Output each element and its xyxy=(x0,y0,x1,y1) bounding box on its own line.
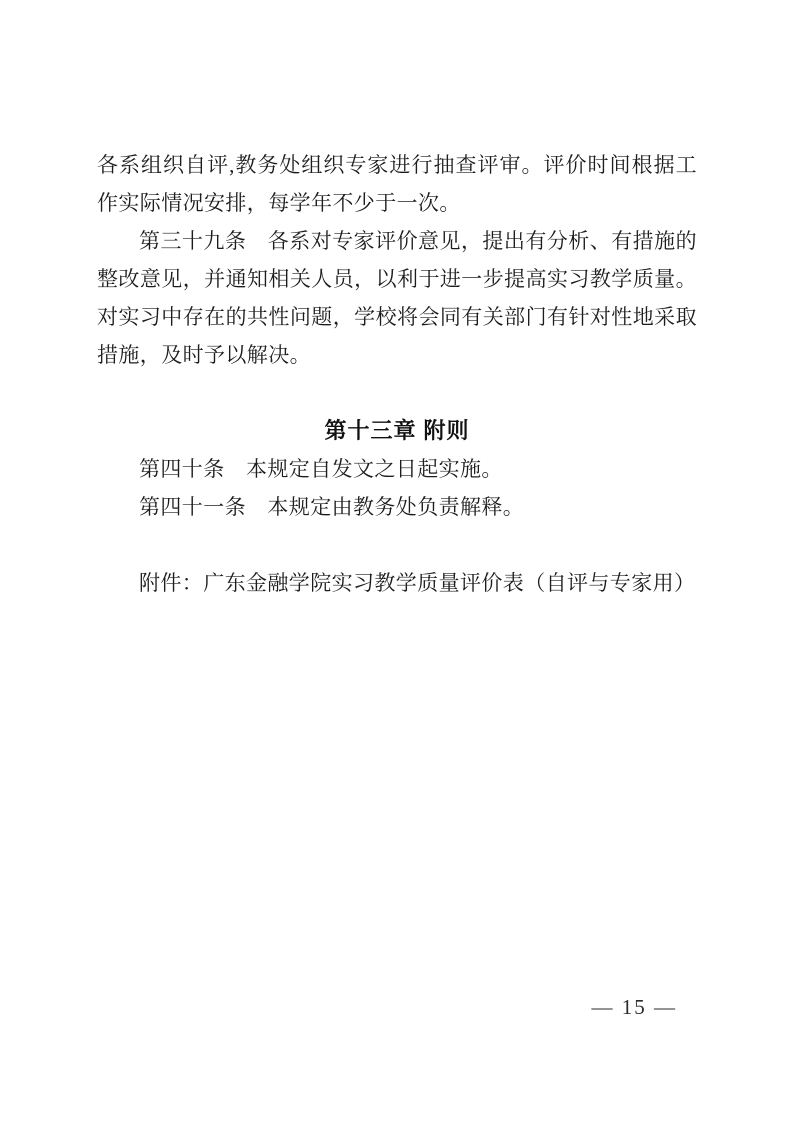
chapter-heading: 第十三章 附则 xyxy=(97,412,697,450)
document-page: 各系组织自评,教务处组织专家进行抽查评审。评价时间根据工作实际情况安排，每学年不… xyxy=(0,0,793,1122)
document-body: 各系组织自评,教务处组织专家进行抽查评审。评价时间根据工作实际情况安排，每学年不… xyxy=(97,146,697,602)
paragraph-article-39: 第三十九条 各系对专家评价意见，提出有分析、有措施的整改意见，并通知相关人员，以… xyxy=(97,222,697,374)
attachment-note: 附件：广东金融学院实习教学质量评价表（自评与专家用） xyxy=(97,564,697,602)
paragraph-intro-continuation: 各系组织自评,教务处组织专家进行抽查评审。评价时间根据工作实际情况安排，每学年不… xyxy=(97,146,697,222)
paragraph-article-41: 第四十一条 本规定由教务处负责解释。 xyxy=(97,488,697,526)
page-number: — 15 — xyxy=(592,995,678,1019)
paragraph-article-40: 第四十条 本规定自发文之日起实施。 xyxy=(97,450,697,488)
